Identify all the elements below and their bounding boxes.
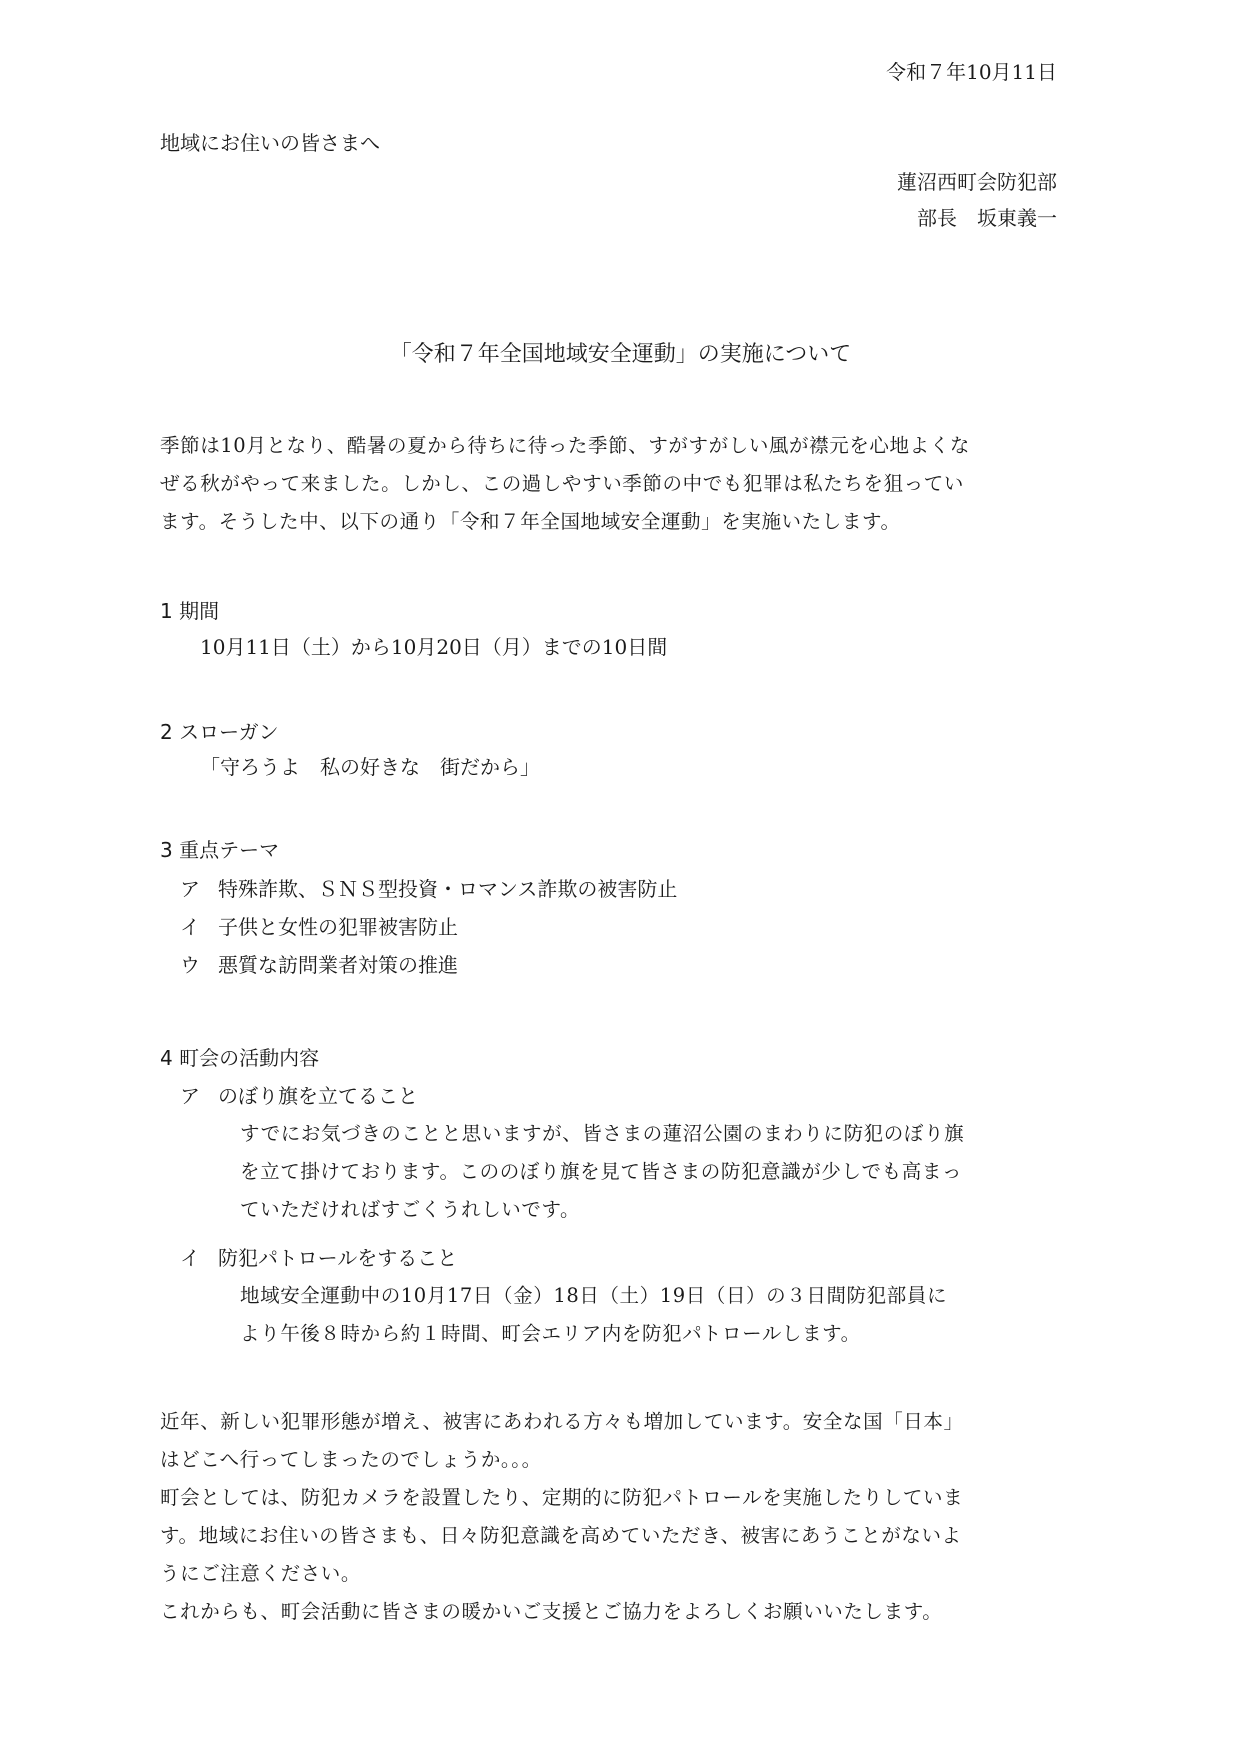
closing-line: 町会としては、防犯カメラを設置したり、定期的に防犯パトロールを実施したりしていま [160, 1484, 963, 1512]
slogan-text: 「守ろうよ 私の好きな 街だから」 [200, 753, 540, 781]
closing-line: 近年、新しい犯罪形態が増え、被害にあわれる方々も増加しています。安全な国「日本」 [160, 1408, 964, 1436]
intro-line: ぜる秋がやって来ました。しかし、この過しやすい季節の中でも犯罪は私たちを狙ってい [160, 470, 964, 498]
intro-line: 季節は10月となり、酷暑の夏から待ちに待った季節、すがすがしい風が襟元を心地よく… [160, 432, 970, 460]
list-item: 防犯パトロールをすること [218, 1244, 457, 1272]
addressee: 地域にお住いの皆さまへ [160, 129, 380, 157]
document-title: 「令和７年全国地域安全運動」の実施について [0, 341, 1241, 369]
list-item: 悪質な訪問業者対策の推進 [218, 951, 458, 979]
sender-organization: 蓮沼西町会防犯部 [897, 168, 1057, 196]
list-item: のぼり旗を立てること [218, 1082, 418, 1110]
document-date: 令和７年10月11日 [886, 58, 1057, 86]
list-item-marker: ア [180, 1082, 200, 1110]
closing-line: うにご注意ください。 [160, 1560, 361, 1588]
document-page: 令和７年10月11日 地域にお住いの皆さまへ 蓮沼西町会防犯部 部長 坂東義一 … [0, 0, 1241, 1755]
closing-line: す。地域にお住いの皆さまも、日々防犯意識を高めていただき、被害にあうことがないよ [160, 1522, 962, 1550]
section-heading: 4 町会の活動内容 [160, 1044, 319, 1072]
section-heading: 2 スローガン [160, 718, 279, 746]
section-content: 10月11日（土）から10月20日（月）までの10日間 [200, 633, 667, 661]
list-item-detail: より午後８時から約１時間、町会エリア内を防犯パトロールします。 [240, 1320, 861, 1348]
intro-line: ます。そうした中、以下の通り「令和７年全国地域安全運動」を実施いたします。 [160, 508, 901, 536]
closing-line: これからも、町会活動に皆さまの暖かいご支援とご協力をよろしくお願いいたします。 [160, 1598, 942, 1626]
sender-name: 部長 坂東義一 [917, 204, 1057, 232]
list-item-detail: を立て掛けております。こののぼり旗を見て皆さまの防犯意識が少しでも高まっ [240, 1158, 962, 1186]
list-item: 子供と女性の犯罪被害防止 [218, 913, 458, 941]
list-item-detail: すでにお気づきのことと思いますが、皆さまの蓮沼公園のまわりに防犯のぼり旗 [240, 1120, 964, 1148]
closing-line: はどこへ行ってしまったのでしょうか。。。 [160, 1446, 542, 1474]
list-item-marker: ウ [180, 951, 200, 979]
section-heading: 1 期間 [160, 597, 219, 625]
list-item-detail: 地域安全運動中の10月17日（金）18日（土）19日（日）の３日間防犯部員に [240, 1282, 947, 1310]
section-heading: 3 重点テーマ [160, 836, 279, 864]
list-item: 特殊詐欺、ＳＮＳ型投資・ロマンス詐欺の被害防止 [218, 875, 677, 903]
list-item-marker: ア [180, 875, 200, 903]
list-item-marker: イ [180, 913, 200, 941]
list-item-detail: ていただければすごくうれしいです。 [240, 1196, 580, 1224]
list-item-marker: イ [180, 1244, 200, 1272]
